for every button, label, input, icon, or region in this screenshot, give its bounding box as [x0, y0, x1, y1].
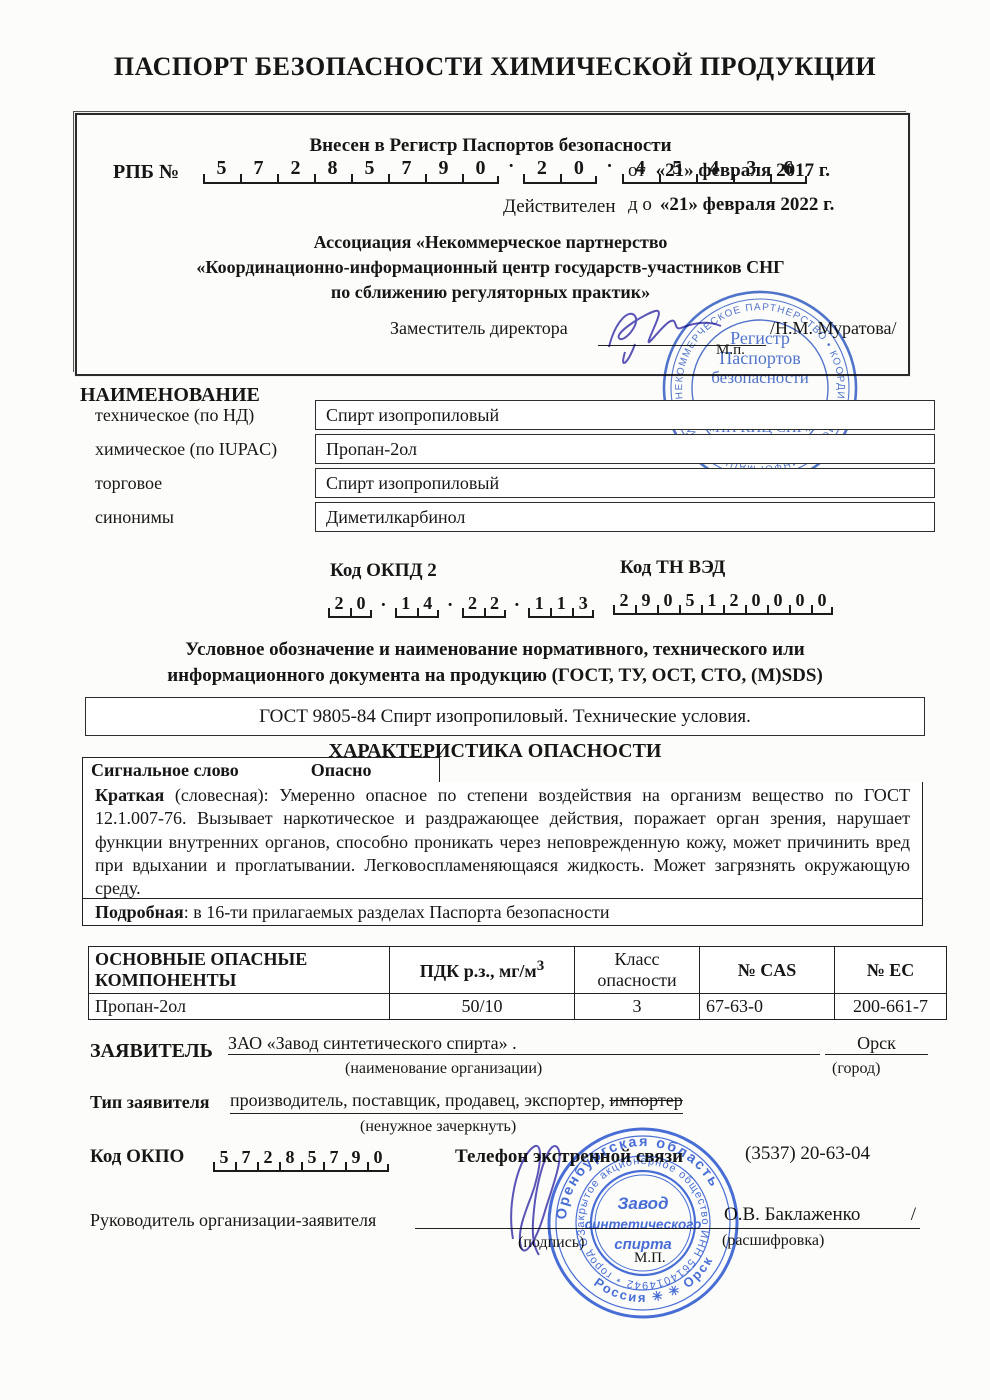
naming-label-trade: торговое — [95, 473, 162, 494]
pdk-superscript: 3 — [537, 958, 545, 974]
applicant-type-struck: импортер — [610, 1090, 683, 1110]
hazard-detailed-box: Подробная: в 16-ти прилагаемых разделах … — [82, 899, 923, 926]
col-header-pdk: ПДК р.з., мг/м3 — [390, 947, 575, 994]
association-line-2: «Координационно-информационный центр гос… — [75, 255, 906, 280]
valid-label: Действителен — [503, 196, 616, 218]
applicant-type-label: Тип заявителя — [90, 1092, 210, 1113]
hazard-brief-label: Краткая — [95, 785, 164, 805]
safety-data-sheet-page: ПАСПОРТ БЕЗОПАСНОСТИ ХИМИЧЕСКОЙ ПРОДУКЦИ… — [0, 0, 990, 1400]
naming-label-technical: техническое (по НД) — [95, 405, 254, 426]
signal-word-box: Сигнальное слово Опасно — [82, 757, 440, 784]
types-caption: (ненужное зачеркнуть) — [360, 1118, 516, 1136]
applicant-types: производитель, поставщик, продавец, эксп… — [230, 1090, 683, 1114]
registration-date: от «21» февраля 2017 г. — [628, 160, 906, 182]
registry-stamp-line2: Паспортов — [719, 348, 801, 368]
hazard-detailed-label: Подробная — [95, 902, 184, 923]
naming-value-trade: Спирт изопропиловый — [315, 468, 935, 498]
organization-caption: (наименование организации) — [345, 1060, 542, 1078]
registry-stamp-line3: безопасности — [711, 368, 809, 387]
date-from-prefix: от — [628, 160, 646, 182]
naming-value-chemical: Пропан-2ол — [315, 434, 935, 464]
normdoc-heading-line2: информационного документа на продукцию (… — [0, 663, 990, 689]
signal-word-label: Сигнальное слово — [83, 760, 239, 781]
head-name-slash: / — [911, 1204, 916, 1226]
okpo-code-field: 57285790 — [213, 1142, 389, 1172]
deputy-director-label: Заместитель директора — [390, 318, 568, 339]
valid-until-date: д о «21» февраля 2022 г. — [628, 194, 908, 216]
tnved-code-field: 2905120000 — [613, 585, 833, 615]
hazard-components-table: ОСНОВНЫЕ ОПАСНЫЕ КОМПОНЕНТЫ ПДК р.з., мг… — [88, 946, 947, 1020]
valid-until-value: «21» февраля 2022 г. — [660, 194, 835, 216]
col-header-hazard-class: Класс опасности — [575, 947, 700, 994]
city-caption: (город) — [832, 1060, 881, 1078]
okpd-code-label: Код ОКПД 2 — [330, 560, 437, 582]
registry-stamp-line1: Регистр — [730, 328, 790, 348]
okpd-code-field: 20.14.22.113 — [328, 588, 594, 618]
applicant-label: ЗАЯВИТЕЛЬ — [90, 1040, 213, 1063]
company-seal-stamp: Оренбургская область Россия ✳ ✳ Орск Зак… — [545, 1125, 741, 1321]
association-line-1: Ассоциация «Некоммерческое партнерство — [75, 230, 906, 255]
col-header-components: ОСНОВНЫЕ ОПАСНЫЕ КОМПОНЕНТЫ — [89, 947, 390, 994]
table-header-row: ОСНОВНЫЕ ОПАСНЫЕ КОМПОНЕНТЫ ПДК р.з., мг… — [89, 947, 947, 994]
applicant-organization: ЗАО «Завод синтетического спирта» . — [228, 1016, 820, 1055]
normdoc-value-box: ГОСТ 9805-84 Спирт изопропиловый. Технич… — [85, 697, 925, 736]
head-of-organization-label: Руководитель организации-заявителя — [90, 1210, 376, 1231]
applicant-types-kept: производитель, поставщик, продавец, эксп… — [230, 1090, 610, 1110]
normdoc-heading: Условное обозначение и наименование норм… — [0, 637, 990, 689]
col-header-cas: № CAS — [700, 947, 835, 994]
naming-label-synonyms: синонимы — [95, 507, 174, 528]
company-stamp-center-line3: спирта — [614, 1236, 672, 1253]
rpb-number-label: РПБ № — [113, 161, 179, 184]
page-title: ПАСПОРТ БЕЗОПАСНОСТИ ХИМИЧЕСКОЙ ПРОДУКЦИ… — [0, 52, 990, 82]
tnved-code-label: Код ТН ВЭД — [620, 557, 725, 579]
col-header-ec: № ЕС — [835, 947, 947, 994]
company-stamp-center-line2: синтетического — [585, 1217, 702, 1232]
signal-word-value: Опасно — [311, 760, 372, 781]
okpo-code-label: Код ОКПО — [90, 1146, 184, 1168]
head-name: О.В. Баклаженко — [724, 1204, 860, 1226]
company-stamp-center-line1: Завод — [617, 1194, 668, 1213]
naming-section-label: НАИМЕНОВАНИЕ — [80, 384, 260, 407]
applicant-city: Орск — [825, 1016, 928, 1055]
hazard-detailed-text: : в 16-ти прилагаемых разделах Паспорта … — [184, 902, 610, 923]
hazard-brief-box: Краткая (словесная): Умеренно опасное по… — [82, 782, 923, 899]
date-from-value: «21» февраля 2017 г. — [656, 160, 831, 182]
hazard-brief-text: (словесная): Умеренно опасное по степени… — [95, 785, 910, 898]
valid-until-prefix: д о — [628, 194, 652, 216]
naming-label-chemical: химическое (по IUPAC) — [95, 439, 277, 460]
naming-value-synonyms: Диметилкарбинол — [315, 502, 935, 532]
naming-value-technical: Спирт изопропиловый — [315, 400, 935, 430]
normdoc-heading-line1: Условное обозначение и наименование норм… — [0, 637, 990, 663]
emergency-phone-value: (3537) 20-63-04 — [745, 1143, 870, 1165]
